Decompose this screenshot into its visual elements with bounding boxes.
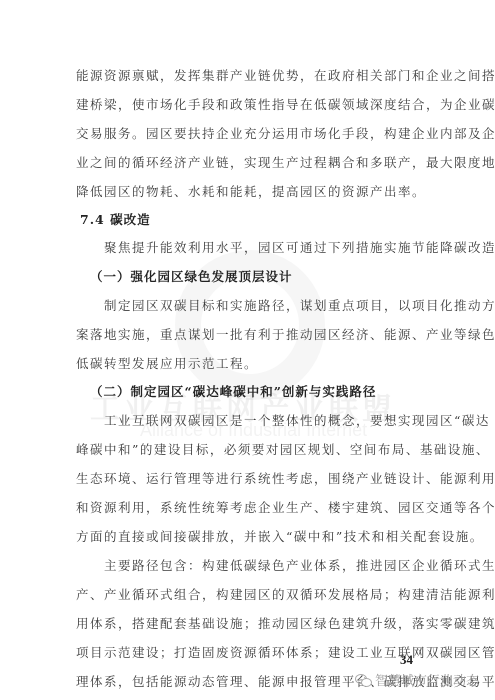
- wechat-icon: [355, 674, 371, 686]
- paragraph-line: 降低园区的物耗、水耗和能耗，提高园区的资源产出率。: [76, 184, 420, 200]
- paragraph-line: 制定园区双碳目标和实施路径，谋划重点项目，以项目化推动方: [104, 298, 420, 314]
- paragraph-line: 建桥梁，使市场化手段和政策性指导在低碳领域深度结合，为企业碳: [76, 97, 420, 113]
- page-number: 34: [400, 652, 413, 668]
- paragraph-line: 项目示范建设；打造固废资源循环体系；建设工业互联网双碳园区管: [76, 645, 420, 661]
- paragraph-line: 能源资源禀赋，发挥集群产业链优势，在政府相关部门和企业之间搭: [76, 68, 420, 84]
- paragraph-line: 案落地实施，重点谋划一批有利于推动园区经济、能源、产业等绿色: [76, 327, 420, 343]
- account-name: 智慧城市行业动态: [375, 670, 479, 689]
- paragraph-line: 主要路径包含：构建低碳绿色产业体系，推进园区企业循环式生: [104, 558, 420, 574]
- section-intro: 聚焦提升能效利用水平，园区可通过下列措施实施节能降碳改造：: [104, 240, 420, 256]
- document-page: 工业互联网产业联盟 Alliance of Industrial Interne…: [0, 0, 495, 700]
- paragraph-line: 交易服务。园区要扶持企业充分运用市场化手段，构建企业内部及企: [76, 126, 420, 142]
- paragraph-line: 用体系，搭建配套基础设施；推动园区绿色建筑升级，落实零碳建筑: [76, 616, 420, 632]
- section-heading: 7.4 碳改造: [80, 212, 424, 228]
- paragraph-line: 业之间的循环经济产业链，实现生产过程耦合和多联产，最大限度地: [76, 155, 420, 171]
- paragraph-line: 和资源利用，系统性统筹考虑企业生产、楼宇建筑、园区交通等各个: [76, 500, 420, 516]
- paragraph-line: 低碳转型发展应用示范工程。: [76, 356, 420, 372]
- paragraph-line: 峰碳中和”的建设目标，必须要对园区规划、空间布局、基础设施、: [76, 442, 420, 458]
- paragraph-line: 生态环境、运行管理等进行系统性考虑，围绕产业链设计、能源利用: [76, 471, 420, 487]
- paragraph-line: 工业互联网双碳园区是一个整体性的概念，要想实现园区“碳达: [104, 413, 420, 429]
- subsection-title: （一）强化园区绿色发展顶层设计: [90, 269, 434, 285]
- paragraph-line: 产、产业循环式组合，构建园区的双循环发展格局；构建清洁能源利: [76, 587, 420, 603]
- paragraph-line: 方面的直接或间接碳排放，并嵌入“碳中和”技术和相关配套设施。: [76, 529, 420, 545]
- footer-watermark: 智慧城市行业动态: [355, 670, 479, 689]
- subsection-title: （二）制定园区“碳达峰碳中和”创新与实践路径: [90, 384, 434, 400]
